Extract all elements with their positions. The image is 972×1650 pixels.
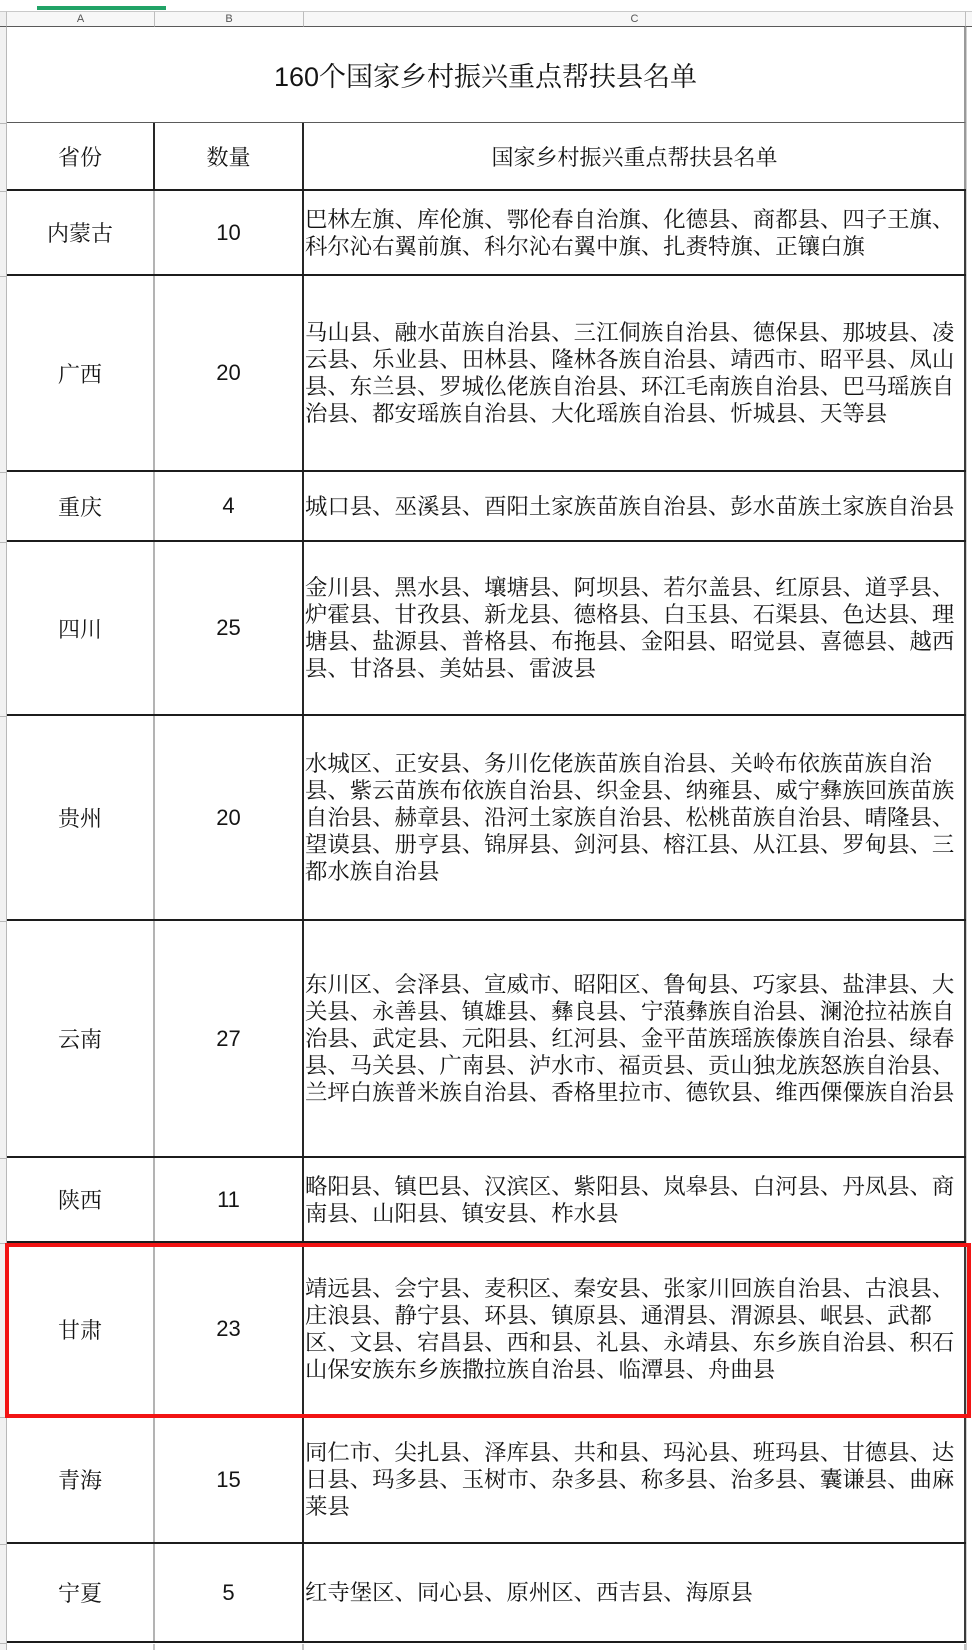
- county-list: 略阳县、镇巴县、汉滨区、紫阳县、岚皋县、白河县、丹凤县、商南县、山阳县、镇安县、…: [305, 1173, 961, 1227]
- title-cell[interactable]: 160个国家乡村振兴重点帮扶县名单: [7, 27, 966, 123]
- province-name: 广西: [58, 358, 102, 389]
- select-all-corner[interactable]: [0, 11, 7, 27]
- county-list: 巴林左旗、库伦旗、鄂伦春自治旗、化德县、商都县、四子王旗、科尔沁右翼前旗、科尔沁…: [305, 206, 961, 260]
- province-name: 重庆: [58, 491, 102, 522]
- table-row: 云南 27 东川区、会泽县、宣威市、昭阳区、鲁甸县、巧家县、盐津县、大关县、永善…: [7, 921, 966, 1158]
- count-cell[interactable]: 11: [155, 1158, 304, 1241]
- province-name: 内蒙古: [47, 217, 113, 248]
- province-name: 甘肃: [58, 1314, 102, 1345]
- counties-cell[interactable]: 东川区、会泽县、宣威市、昭阳区、鲁甸县、巧家县、盐津县、大关县、永善县、镇雄县、…: [304, 921, 966, 1156]
- column-header-a[interactable]: A: [7, 11, 155, 27]
- header-cell-province[interactable]: 省份: [7, 123, 155, 189]
- province-cell[interactable]: 重庆: [7, 472, 155, 540]
- province-cell[interactable]: 内蒙古: [7, 191, 155, 274]
- province-cell[interactable]: 甘肃: [7, 1243, 155, 1415]
- count-cell[interactable]: 15: [155, 1417, 304, 1542]
- table-row: 贵州 20 水城区、正安县、务川仡佬族苗族自治县、关岭布依族苗族自治县、紫云苗族…: [7, 716, 966, 921]
- count-cell[interactable]: 10: [155, 191, 304, 274]
- province-name: 宁夏: [58, 1577, 102, 1608]
- county-list: 靖远县、会宁县、麦积区、秦安县、张家川回族自治县、古浪县、庄浪县、静宁县、环县、…: [305, 1275, 961, 1383]
- county-list: 金川县、黑水县、壤塘县、阿坝县、若尔盖县、红原县、道孚县、炉霍县、甘孜县、新龙县…: [305, 574, 961, 682]
- county-list: 东川区、会泽县、宣威市、昭阳区、鲁甸县、巧家县、盐津县、大关县、永善县、镇雄县、…: [305, 971, 961, 1106]
- counties-cell[interactable]: 马山县、融水苗族自治县、三江侗族自治县、德保县、那坡县、凌云县、乐业县、田林县、…: [304, 276, 966, 470]
- counties-cell[interactable]: 水城区、正安县、务川仡佬族苗族自治县、关岭布依族苗族自治县、紫云苗族布依族自治县…: [304, 716, 966, 919]
- table-row: 宁夏 5 红寺堡区、同心县、原州区、西吉县、海原县: [7, 1544, 966, 1643]
- count-cell[interactable]: 20: [155, 716, 304, 919]
- province-cell[interactable]: 宁夏: [7, 1544, 155, 1641]
- count-cell[interactable]: 23: [155, 1243, 304, 1415]
- table-row: 重庆 4 城口县、巫溪县、酉阳土家族苗族自治县、彭水苗族土家族自治县: [7, 472, 966, 542]
- column-header-d-edge[interactable]: [966, 11, 972, 27]
- province-cell[interactable]: 四川: [7, 542, 155, 714]
- empty-cell-a[interactable]: [7, 1644, 155, 1650]
- county-count: 4: [222, 493, 234, 519]
- column-header-c[interactable]: C: [304, 11, 966, 27]
- counties-cell[interactable]: 靖远县、会宁县、麦积区、秦安县、张家川回族自治县、古浪县、庄浪县、静宁县、环县、…: [304, 1243, 966, 1415]
- row-divider: [0, 123, 7, 124]
- row-divider: [0, 1643, 7, 1644]
- count-cell[interactable]: 27: [155, 921, 304, 1156]
- counties-cell[interactable]: 巴林左旗、库伦旗、鄂伦春自治旗、化德县、商都县、四子王旗、科尔沁右翼前旗、科尔沁…: [304, 191, 966, 274]
- page-title: 160个国家乡村振兴重点帮扶县名单: [274, 55, 697, 94]
- count-cell[interactable]: 20: [155, 276, 304, 470]
- county-count: 11: [217, 1187, 240, 1213]
- province-cell[interactable]: 贵州: [7, 716, 155, 919]
- table-row: 四川 25 金川县、黑水县、壤塘县、阿坝县、若尔盖县、红原县、道孚县、炉霍县、甘…: [7, 542, 966, 716]
- counties-cell[interactable]: 同仁市、尖扎县、泽库县、共和县、玛沁县、班玛县、甘德县、达日县、玛多县、玉树市、…: [304, 1417, 966, 1542]
- province-name: 青海: [58, 1464, 102, 1495]
- county-count: 23: [216, 1316, 240, 1342]
- table-row: 陕西 11 略阳县、镇巴县、汉滨区、紫阳县、岚皋县、白河县、丹凤县、商南县、山阳…: [7, 1158, 966, 1243]
- province-name: 四川: [58, 613, 102, 644]
- county-count: 15: [216, 1467, 240, 1493]
- county-list: 水城区、正安县、务川仡佬族苗族自治县、关岭布依族苗族自治县、紫云苗族布依族自治县…: [305, 750, 961, 885]
- count-cell[interactable]: 4: [155, 472, 304, 540]
- empty-cell-b[interactable]: [155, 1644, 304, 1650]
- row-divider: [0, 276, 7, 277]
- county-count: 10: [216, 220, 240, 246]
- header-count-label: 数量: [206, 141, 250, 172]
- sheet-right-edge: [966, 27, 972, 1650]
- province-cell[interactable]: 广西: [7, 276, 155, 470]
- table-row: 内蒙古 10 巴林左旗、库伦旗、鄂伦春自治旗、化德县、商都县、四子王旗、科尔沁右…: [7, 191, 966, 276]
- province-name: 贵州: [58, 802, 102, 833]
- province-name: 陕西: [58, 1184, 102, 1215]
- row-divider: [0, 1417, 7, 1418]
- active-sheet-tab-indicator[interactable]: [37, 6, 166, 10]
- row-divider: [0, 542, 7, 543]
- province-name: 云南: [58, 1023, 102, 1054]
- row-divider: [0, 921, 7, 922]
- county-count: 5: [222, 1580, 234, 1606]
- row-divider: [0, 1158, 7, 1159]
- province-cell[interactable]: 陕西: [7, 1158, 155, 1241]
- table-row-highlighted: 甘肃 23 靖远县、会宁县、麦积区、秦安县、张家川回族自治县、古浪县、庄浪县、静…: [7, 1243, 966, 1417]
- province-cell[interactable]: 云南: [7, 921, 155, 1156]
- header-cell-counties[interactable]: 国家乡村振兴重点帮扶县名单: [304, 123, 966, 189]
- table-row: 广西 20 马山县、融水苗族自治县、三江侗族自治县、德保县、那坡县、凌云县、乐业…: [7, 276, 966, 472]
- empty-row: [7, 1644, 966, 1650]
- county-list: 城口县、巫溪县、酉阳土家族苗族自治县、彭水苗族土家族自治县: [305, 493, 961, 520]
- column-header-b[interactable]: B: [155, 11, 304, 27]
- header-province-label: 省份: [58, 141, 102, 172]
- header-counties-label: 国家乡村振兴重点帮扶县名单: [491, 141, 777, 172]
- counties-cell[interactable]: 城口县、巫溪县、酉阳土家族苗族自治县、彭水苗族土家族自治县: [304, 472, 966, 540]
- counties-cell[interactable]: 略阳县、镇巴县、汉滨区、紫阳县、岚皋县、白河县、丹凤县、商南县、山阳县、镇安县、…: [304, 1158, 966, 1241]
- empty-cell-c[interactable]: [304, 1644, 966, 1650]
- row-divider: [0, 191, 7, 192]
- table-header-row: 省份 数量 国家乡村振兴重点帮扶县名单: [7, 123, 966, 191]
- row-divider: [0, 1544, 7, 1545]
- county-list: 红寺堡区、同心县、原州区、西吉县、海原县: [305, 1579, 961, 1606]
- county-count: 20: [216, 805, 240, 831]
- county-count: 27: [216, 1026, 240, 1052]
- counties-cell[interactable]: 金川县、黑水县、壤塘县、阿坝县、若尔盖县、红原县、道孚县、炉霍县、甘孜县、新龙县…: [304, 542, 966, 714]
- row-divider: [0, 716, 7, 717]
- county-list: 马山县、融水苗族自治县、三江侗族自治县、德保县、那坡县、凌云县、乐业县、田林县、…: [305, 319, 961, 427]
- header-cell-count[interactable]: 数量: [155, 123, 304, 189]
- province-cell[interactable]: 青海: [7, 1417, 155, 1542]
- count-cell[interactable]: 25: [155, 542, 304, 714]
- counties-cell[interactable]: 红寺堡区、同心县、原州区、西吉县、海原县: [304, 1544, 966, 1641]
- count-cell[interactable]: 5: [155, 1544, 304, 1641]
- row-header-gutter[interactable]: [0, 27, 7, 1650]
- row-divider: [0, 1243, 7, 1244]
- county-count: 20: [216, 360, 240, 386]
- row-divider: [0, 472, 7, 473]
- table-row: 青海 15 同仁市、尖扎县、泽库县、共和县、玛沁县、班玛县、甘德县、达日县、玛多…: [7, 1417, 966, 1544]
- county-list: 同仁市、尖扎县、泽库县、共和县、玛沁县、班玛县、甘德县、达日县、玛多县、玉树市、…: [305, 1439, 961, 1520]
- county-count: 25: [216, 615, 240, 641]
